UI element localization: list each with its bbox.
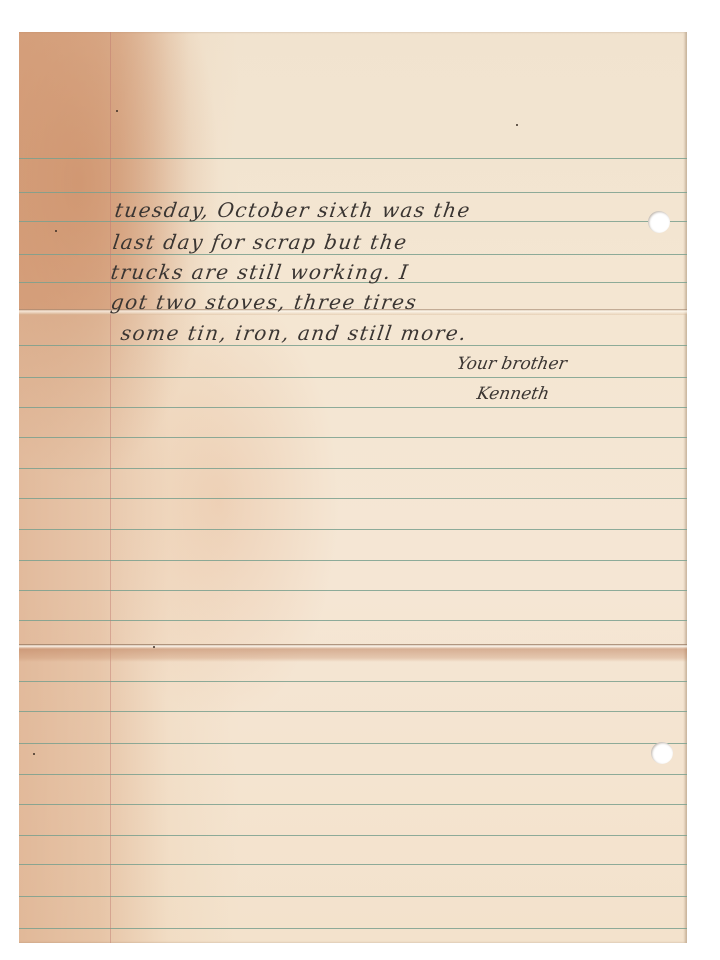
speck — [33, 753, 35, 755]
letter-line-2: last day for scrap but the — [111, 230, 409, 254]
rule-line — [19, 620, 687, 621]
letter-page: tuesday, October sixth was the last day … — [19, 32, 687, 943]
rule-line — [19, 711, 687, 712]
signature: Kenneth — [475, 384, 551, 404]
rule-line — [19, 254, 687, 255]
speck — [516, 124, 518, 126]
rule-line — [19, 804, 687, 805]
rule-line — [19, 407, 687, 408]
margin-line — [110, 32, 111, 943]
rule-line — [19, 377, 687, 378]
rule-line — [19, 681, 687, 682]
closing: Your brother — [455, 354, 568, 374]
rule-line — [19, 896, 687, 897]
letter-line-5: some tin, iron, and still more. — [119, 321, 469, 345]
rule-line — [19, 529, 687, 530]
rule-line — [19, 774, 687, 775]
rule-line — [19, 468, 687, 469]
rule-line — [19, 560, 687, 561]
rule-line — [19, 864, 687, 865]
punch-hole-bottom — [651, 742, 673, 764]
rule-line — [19, 192, 687, 193]
rule-line — [19, 345, 687, 346]
speck — [116, 110, 118, 112]
letter-line-4: got two stoves, three tires — [109, 290, 419, 314]
rule-line — [19, 928, 687, 929]
lower-fold-crease — [19, 644, 687, 662]
rule-line — [19, 835, 687, 836]
rule-line — [19, 437, 687, 438]
letter-line-3: trucks are still working. I — [109, 260, 410, 284]
rule-line — [19, 158, 687, 159]
rule-line — [19, 743, 687, 744]
rule-line — [19, 498, 687, 499]
speck — [153, 646, 155, 648]
punch-hole-top — [648, 211, 670, 233]
rule-line — [19, 590, 687, 591]
speck — [55, 230, 57, 232]
letter-line-1: tuesday, October sixth was the — [113, 198, 472, 222]
